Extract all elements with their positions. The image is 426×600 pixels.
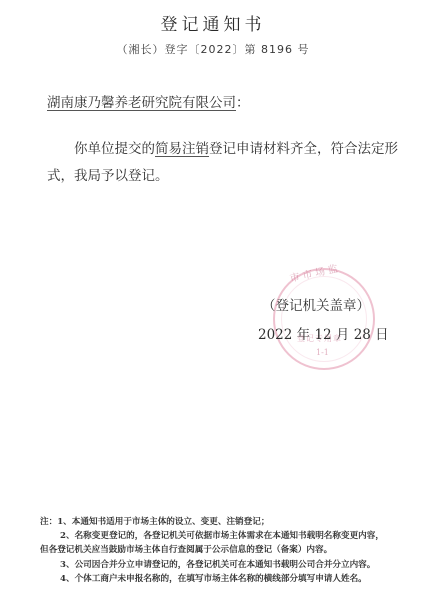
- document-title: 登记通知书: [0, 10, 426, 35]
- registration-type: 简易注销: [155, 141, 209, 157]
- note-item-2-cont: 但各登记机关应当鼓励市场主体自行查阅属于公示信息的登记（备案）内容。: [40, 543, 420, 557]
- body-text-before: 你单位提交的: [74, 141, 155, 157]
- body-paragraph: 你单位提交的简易注销登记申请材料齐全，符合法定形式，我局予以登记。: [47, 136, 399, 190]
- notes-prefix: 注：: [40, 517, 57, 527]
- note-item-2: 2、名称变更登记的，各登记机关可依据市场主体需求在本通知书载明名称变更内容，: [40, 529, 420, 543]
- note-item-1: 注：1、本通知书适用于市场主体的设立、变更、注销登记；: [40, 515, 420, 529]
- notes-section: 注：1、本通知书适用于市场主体的设立、变更、注销登记； 2、名称变更登记的，各登…: [40, 515, 420, 586]
- recipient-name: 湖南康乃馨养老研究院有限公司: [47, 95, 236, 111]
- issue-date: 2022 年 12 月 28 日: [258, 323, 389, 343]
- recipient-line: 湖南康乃馨养老研究院有限公司：: [47, 91, 250, 111]
- note-item-3: 3、公司因合并分立申请登记的，各登记机关可在本通知书载明公司合并分立内容。: [40, 558, 420, 572]
- seal-code: 1-1: [316, 348, 329, 357]
- document-number: （湘长）登字〔2022〕第 8196 号: [0, 41, 426, 57]
- recipient-colon: ：: [236, 95, 250, 111]
- seal-label: （登记机关盖章）: [262, 294, 370, 314]
- note-item-4: 4、个体工商户未申报名称的，在填写市场主体名称的横线部分填写申请人姓名。: [40, 572, 420, 586]
